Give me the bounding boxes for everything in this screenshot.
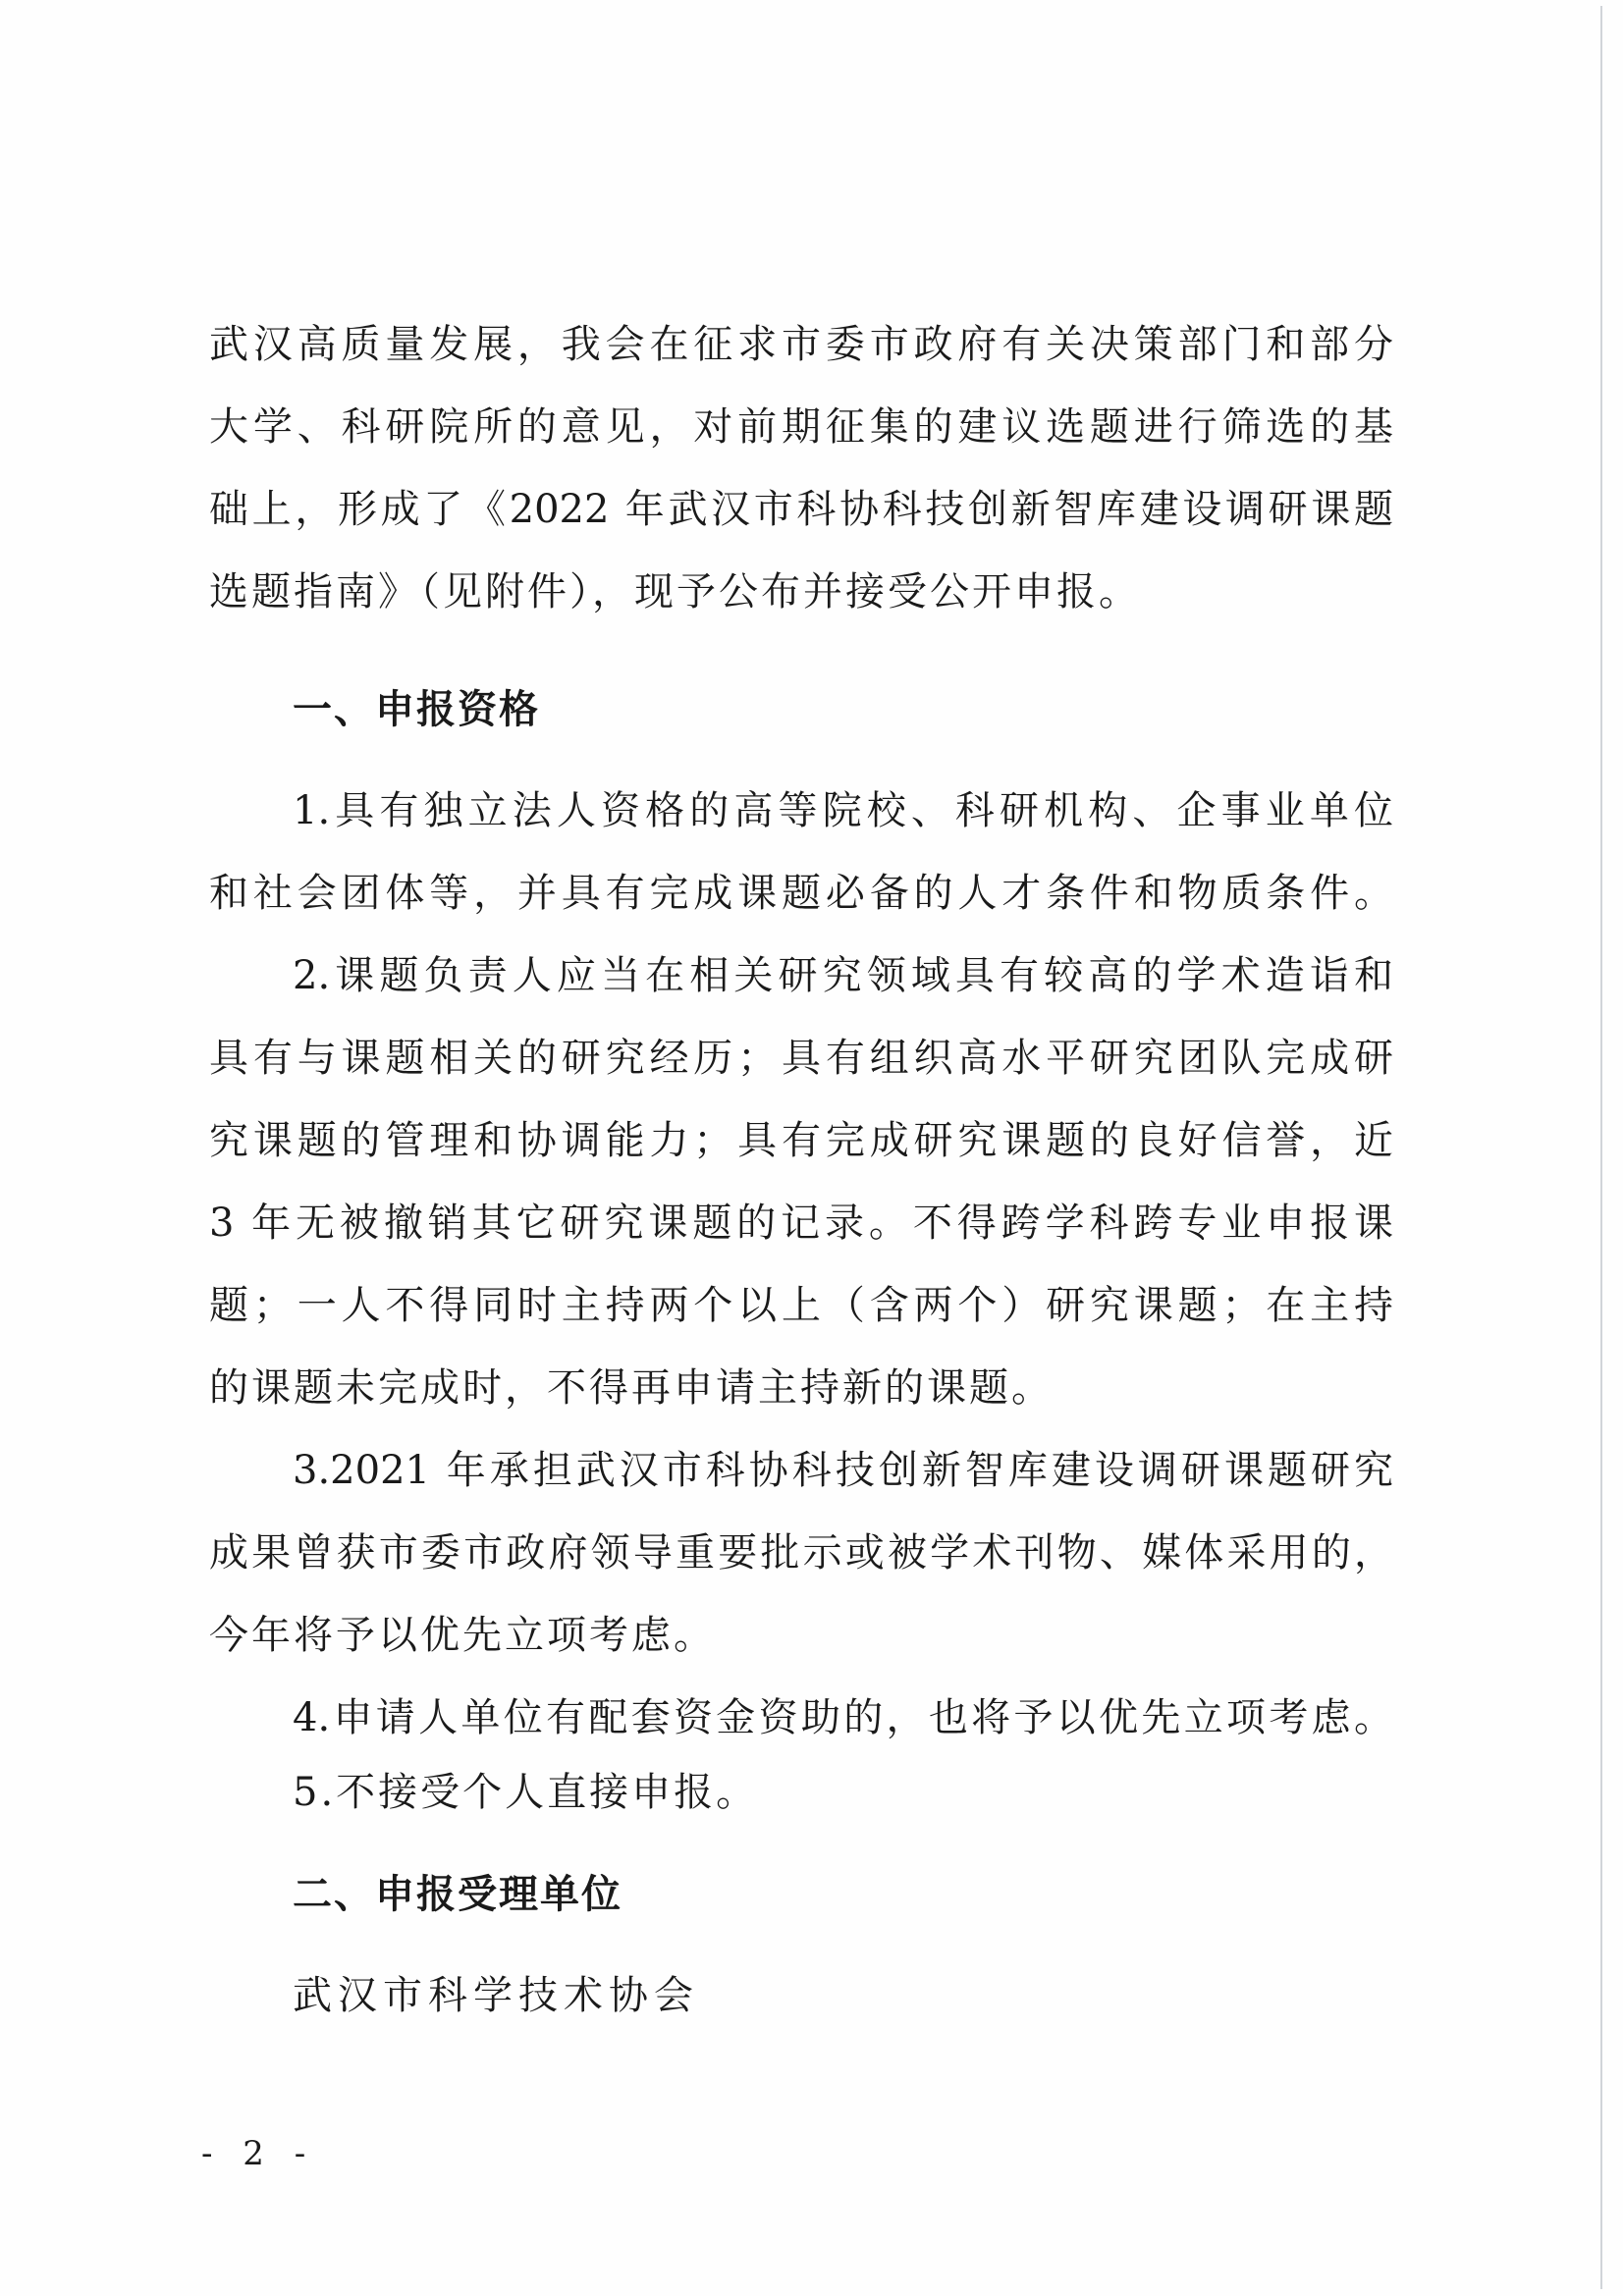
item-line: 成果曾获市委市政府领导重要批示或被学术刊物、媒体采用的， (209, 1528, 1393, 1577)
item-line: 3 年无被撤销其它研究课题的记录。不得跨学科跨专业申报课 (209, 1199, 1393, 1248)
item-line: 究课题的管理和协调能力；具有完成研究课题的良好信誉，近 (209, 1116, 1393, 1165)
item-line: 题；一人不得同时主持两个以上（含两个）研究课题；在主持 (209, 1281, 1393, 1330)
page-number: - 2 - (201, 2132, 315, 2175)
item-line: 1.具有独立法人资格的高等院校、科研机构、企事业单位 (293, 786, 1393, 835)
paragraph-line: 选题指南》（见附件），现予公布并接受公开申报。 (209, 567, 1393, 616)
item-line: 的课题未完成时，不得再申请主持新的课题。 (209, 1363, 1393, 1413)
scan-edge-line (1600, 6, 1602, 2289)
item-line: 3.2021 年承担武汉市科协科技创新智库建设调研课题研究 (293, 1446, 1393, 1495)
item-line: 今年将予以优先立项考虑。 (209, 1611, 1393, 1660)
item-line: 和社会团体等，并具有完成课题必备的人才条件和物质条件。 (209, 869, 1393, 918)
item-line: 2.课题负责人应当在相关研究领域具有较高的学术造诣和 (293, 951, 1393, 1000)
paragraph-line: 武汉高质量发展，我会在征求市委市政府有关决策部门和部分 (209, 320, 1393, 369)
item-line: 具有与课题相关的研究经历；具有组织高水平研究团队完成研 (209, 1034, 1393, 1083)
document-page: 武汉高质量发展，我会在征求市委市政府有关决策部门和部分 大学、科研院所的意见，对… (0, 0, 1623, 2296)
section-heading-receiving-unit: 二、申报受理单位 (293, 1870, 622, 1919)
item-line: 4.申请人单位有配套资金资助的，也将予以优先立项考虑。 (293, 1693, 1393, 1742)
organization-name: 武汉市科学技术协会 (293, 1971, 699, 2020)
section-heading-eligibility: 一、申报资格 (293, 685, 540, 734)
paragraph-line: 础上，形成了《2022 年武汉市科协科技创新智库建设调研课题 (209, 485, 1393, 534)
item-line: 5.不接受个人直接申报。 (293, 1768, 1393, 1817)
paragraph-line: 大学、科研院所的意见，对前期征集的建议选题进行筛选的基 (209, 402, 1393, 452)
